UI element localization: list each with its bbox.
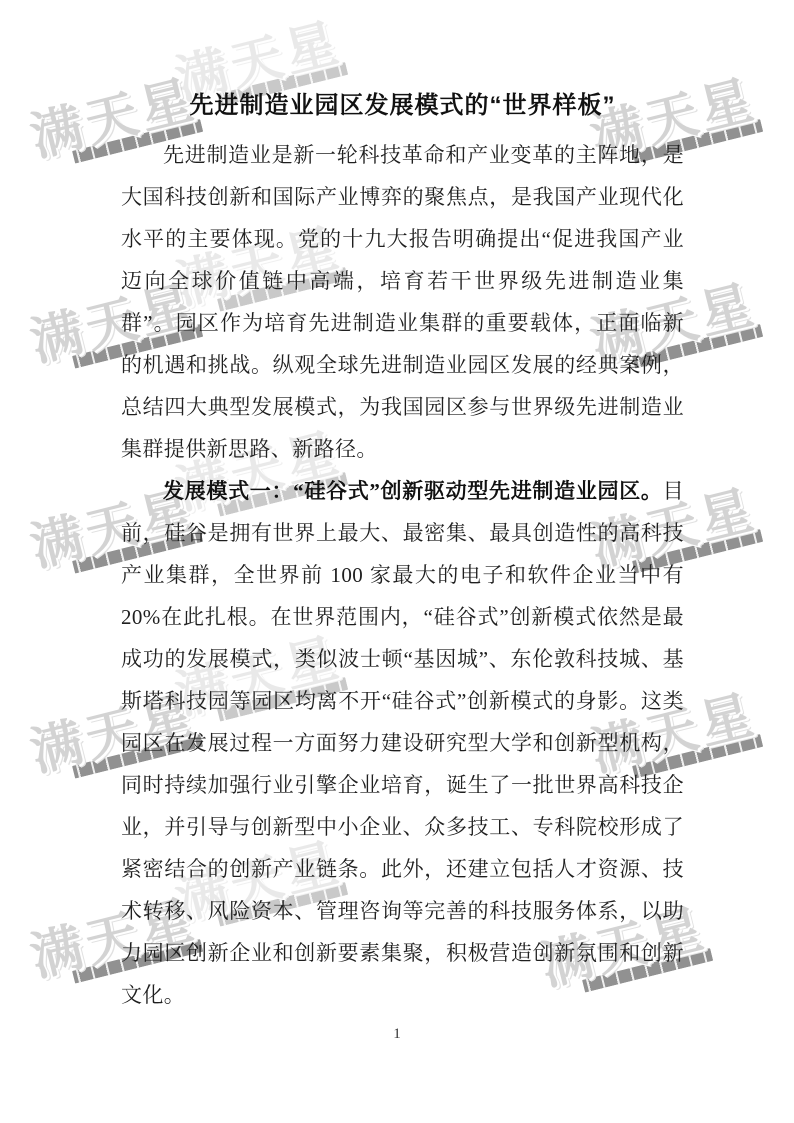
paragraph-intro-text: 先进制造业是新一轮科技革命和产业变革的主阵地，是大国科技创新和国际产业博弈的聚焦…: [121, 143, 684, 461]
paragraph-mode-one-lead: 发展模式一：“硅谷式”创新驱动型先进制造业园区。: [163, 479, 663, 503]
paragraph-intro: 先进制造业是新一轮科技革命和产业变革的主阵地，是大国科技创新和国际产业博弈的聚焦…: [121, 134, 684, 470]
paragraph-mode-one: 发展模式一：“硅谷式”创新驱动型先进制造业园区。目前，硅谷是拥有世界上最大、最密…: [121, 470, 684, 1016]
page-number: 1: [393, 1026, 401, 1043]
document-page: { "doc": { "title": "先进制造业园区发展模式的“世界样板”"…: [0, 0, 794, 1123]
paragraph-mode-one-body: 目前，硅谷是拥有世界上最大、最密集、最具创造性的高科技产业集群，全世界前 100…: [121, 479, 684, 1007]
page-title: 先进制造业园区发展模式的“世界样板”: [121, 88, 684, 124]
document-content: 先进制造业园区发展模式的“世界样板” 先进制造业是新一轮科技革命和产业变革的主阵…: [121, 88, 684, 1016]
